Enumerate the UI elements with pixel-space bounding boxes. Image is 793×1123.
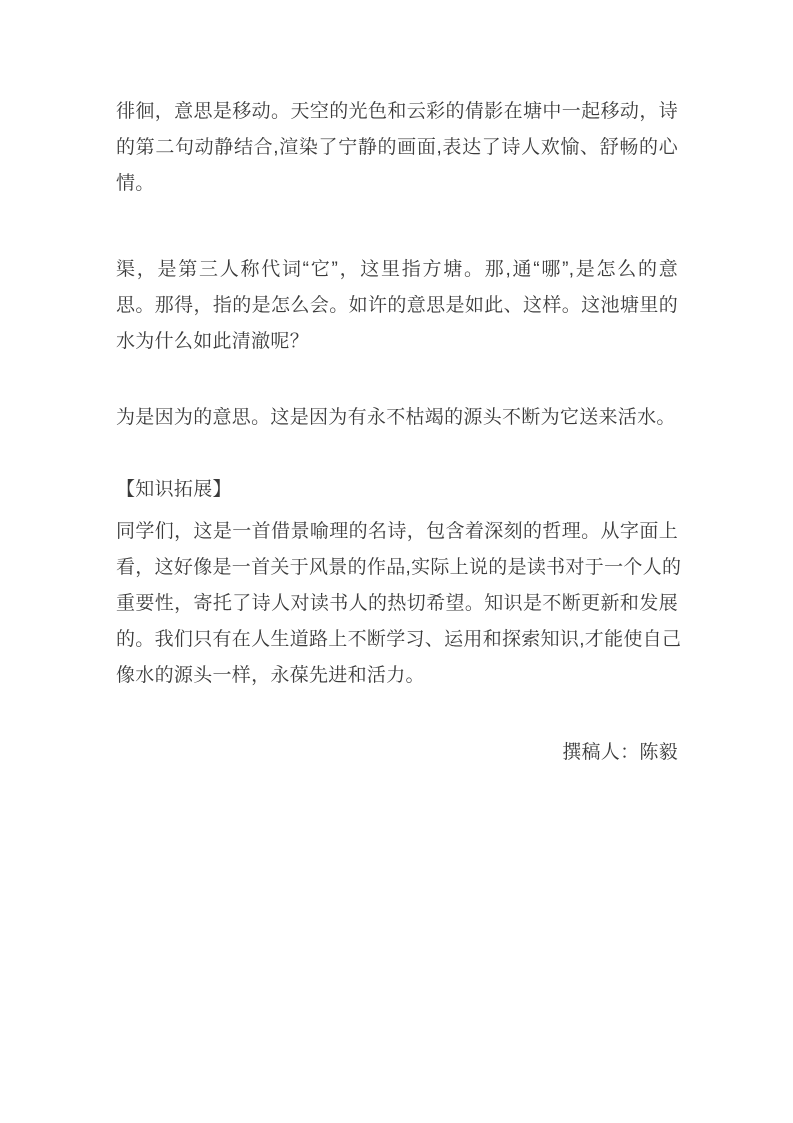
text-line: 思。那得，指的是怎么会。如许的意思是如此、这样。这池塘里的 [116,288,678,324]
document-content: 徘徊，意思是移动。天空的光色和云彩的倩影在塘中一起移动，诗 的第二句动静结合,渲… [116,94,678,771]
author-signature: 撰稿人：陈毅 [116,735,678,771]
document-page: 徘徊，意思是移动。天空的光色和云彩的倩影在塘中一起移动，诗 的第二句动静结合,渲… [0,0,793,1123]
text-line: 为是因为的意思。这是因为有永不枯竭的源头不断为它送来活水。 [116,400,678,436]
text-line: 看，这好像是一首关于风景的作品,实际上说的是读书对于一个人的 [116,550,678,586]
text-line: 像水的源头一样，永葆先进和活力。 [116,658,678,694]
text-line: 水为什么如此清澈呢？ [116,324,678,360]
paragraph-huaihuai-explanation: 徘徊，意思是移动。天空的光色和云彩的倩影在塘中一起移动，诗 的第二句动静结合,渲… [116,94,678,202]
text-line: 徘徊，意思是移动。天空的光色和云彩的倩影在塘中一起移动，诗 [116,94,678,130]
text-line: 渠，是第三人称代词“它”，这里指方塘。那,通“哪”,是怎么的意 [116,252,678,288]
paragraph-qu-explanation: 渠，是第三人称代词“它”，这里指方塘。那,通“哪”,是怎么的意 思。那得，指的是… [116,252,678,360]
paragraph-knowledge-expansion-body: 同学们，这是一首借景喻理的名诗，包含着深刻的哲理。从字面上 看，这好像是一首关于… [116,514,678,694]
text-line: 同学们，这是一首借景喻理的名诗，包含着深刻的哲理。从字面上 [116,514,678,550]
paragraph-wei-explanation: 为是因为的意思。这是因为有永不枯竭的源头不断为它送来活水。 [116,400,678,436]
text-line: 情。 [116,166,678,202]
section-heading-knowledge-expansion: 【知识拓展】 [116,472,678,508]
text-line: 的。我们只有在人生道路上不断学习、运用和探索知识,才能使自己 [116,622,678,658]
text-line: 的第二句动静结合,渲染了宁静的画面,表达了诗人欢愉、舒畅的心 [116,130,678,166]
text-line: 重要性，寄托了诗人对读书人的热切希望。知识是不断更新和发展 [116,586,678,622]
